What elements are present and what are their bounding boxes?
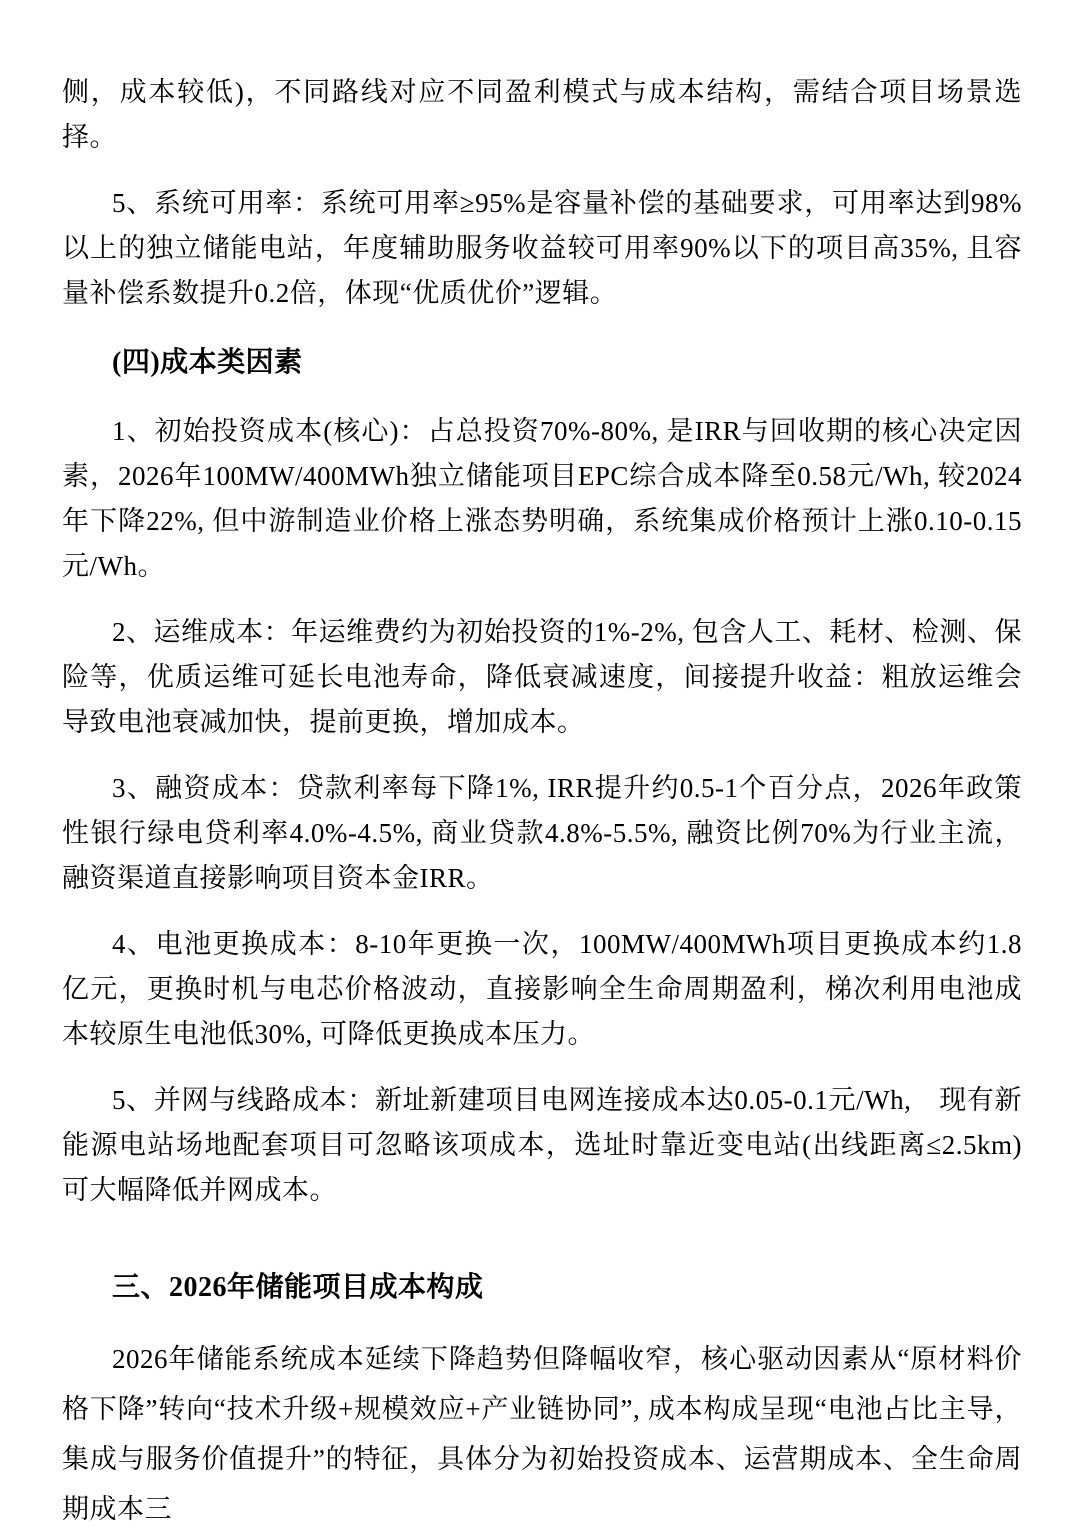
body-paragraph-grid-connection-cost: 5、并网与线路成本：新址新建项目电网连接成本达0.05-0.1元/Wh, 现有新…	[62, 1078, 1022, 1213]
subsection-heading-cost-factors: (四)成本类因素	[62, 340, 1022, 385]
body-paragraph-om-cost: 2、运维成本：年运维费约为初始投资的1%-2%, 包含人工、耗材、检测、保险等，…	[62, 610, 1022, 745]
body-paragraph-cost-composition-intro: 2026年储能系统成本延续下降趋势但降幅收窄，核心驱动因素从“原材料价格下降”转…	[62, 1334, 1022, 1527]
body-paragraph-battery-replacement-cost: 4、电池更换成本：8-10年更换一次，100MW/400MWh项目更换成本约1.…	[62, 922, 1022, 1057]
document-page: 侧，成本较低)，不同路线对应不同盈利模式与成本结构，需结合项目场景选择。 5、系…	[0, 0, 1080, 1527]
body-paragraph-financing-cost: 3、融资成本：贷款利率每下降1%, IRR提升约0.5-1个百分点，2026年政…	[62, 766, 1022, 901]
body-paragraph-system-availability: 5、系统可用率：系统可用率≥95%是容量补偿的基础要求，可用率达到98%以上的独…	[62, 181, 1022, 316]
section-heading-2026-cost-composition: 三、2026年储能项目成本构成	[62, 1265, 1022, 1310]
body-paragraph-initial-investment-cost: 1、初始投资成本(核心)：占总投资70%-80%, 是IRR与回收期的核心决定因…	[62, 409, 1022, 589]
body-paragraph-continuation: 侧，成本较低)，不同路线对应不同盈利模式与成本结构，需结合项目场景选择。	[62, 70, 1022, 160]
